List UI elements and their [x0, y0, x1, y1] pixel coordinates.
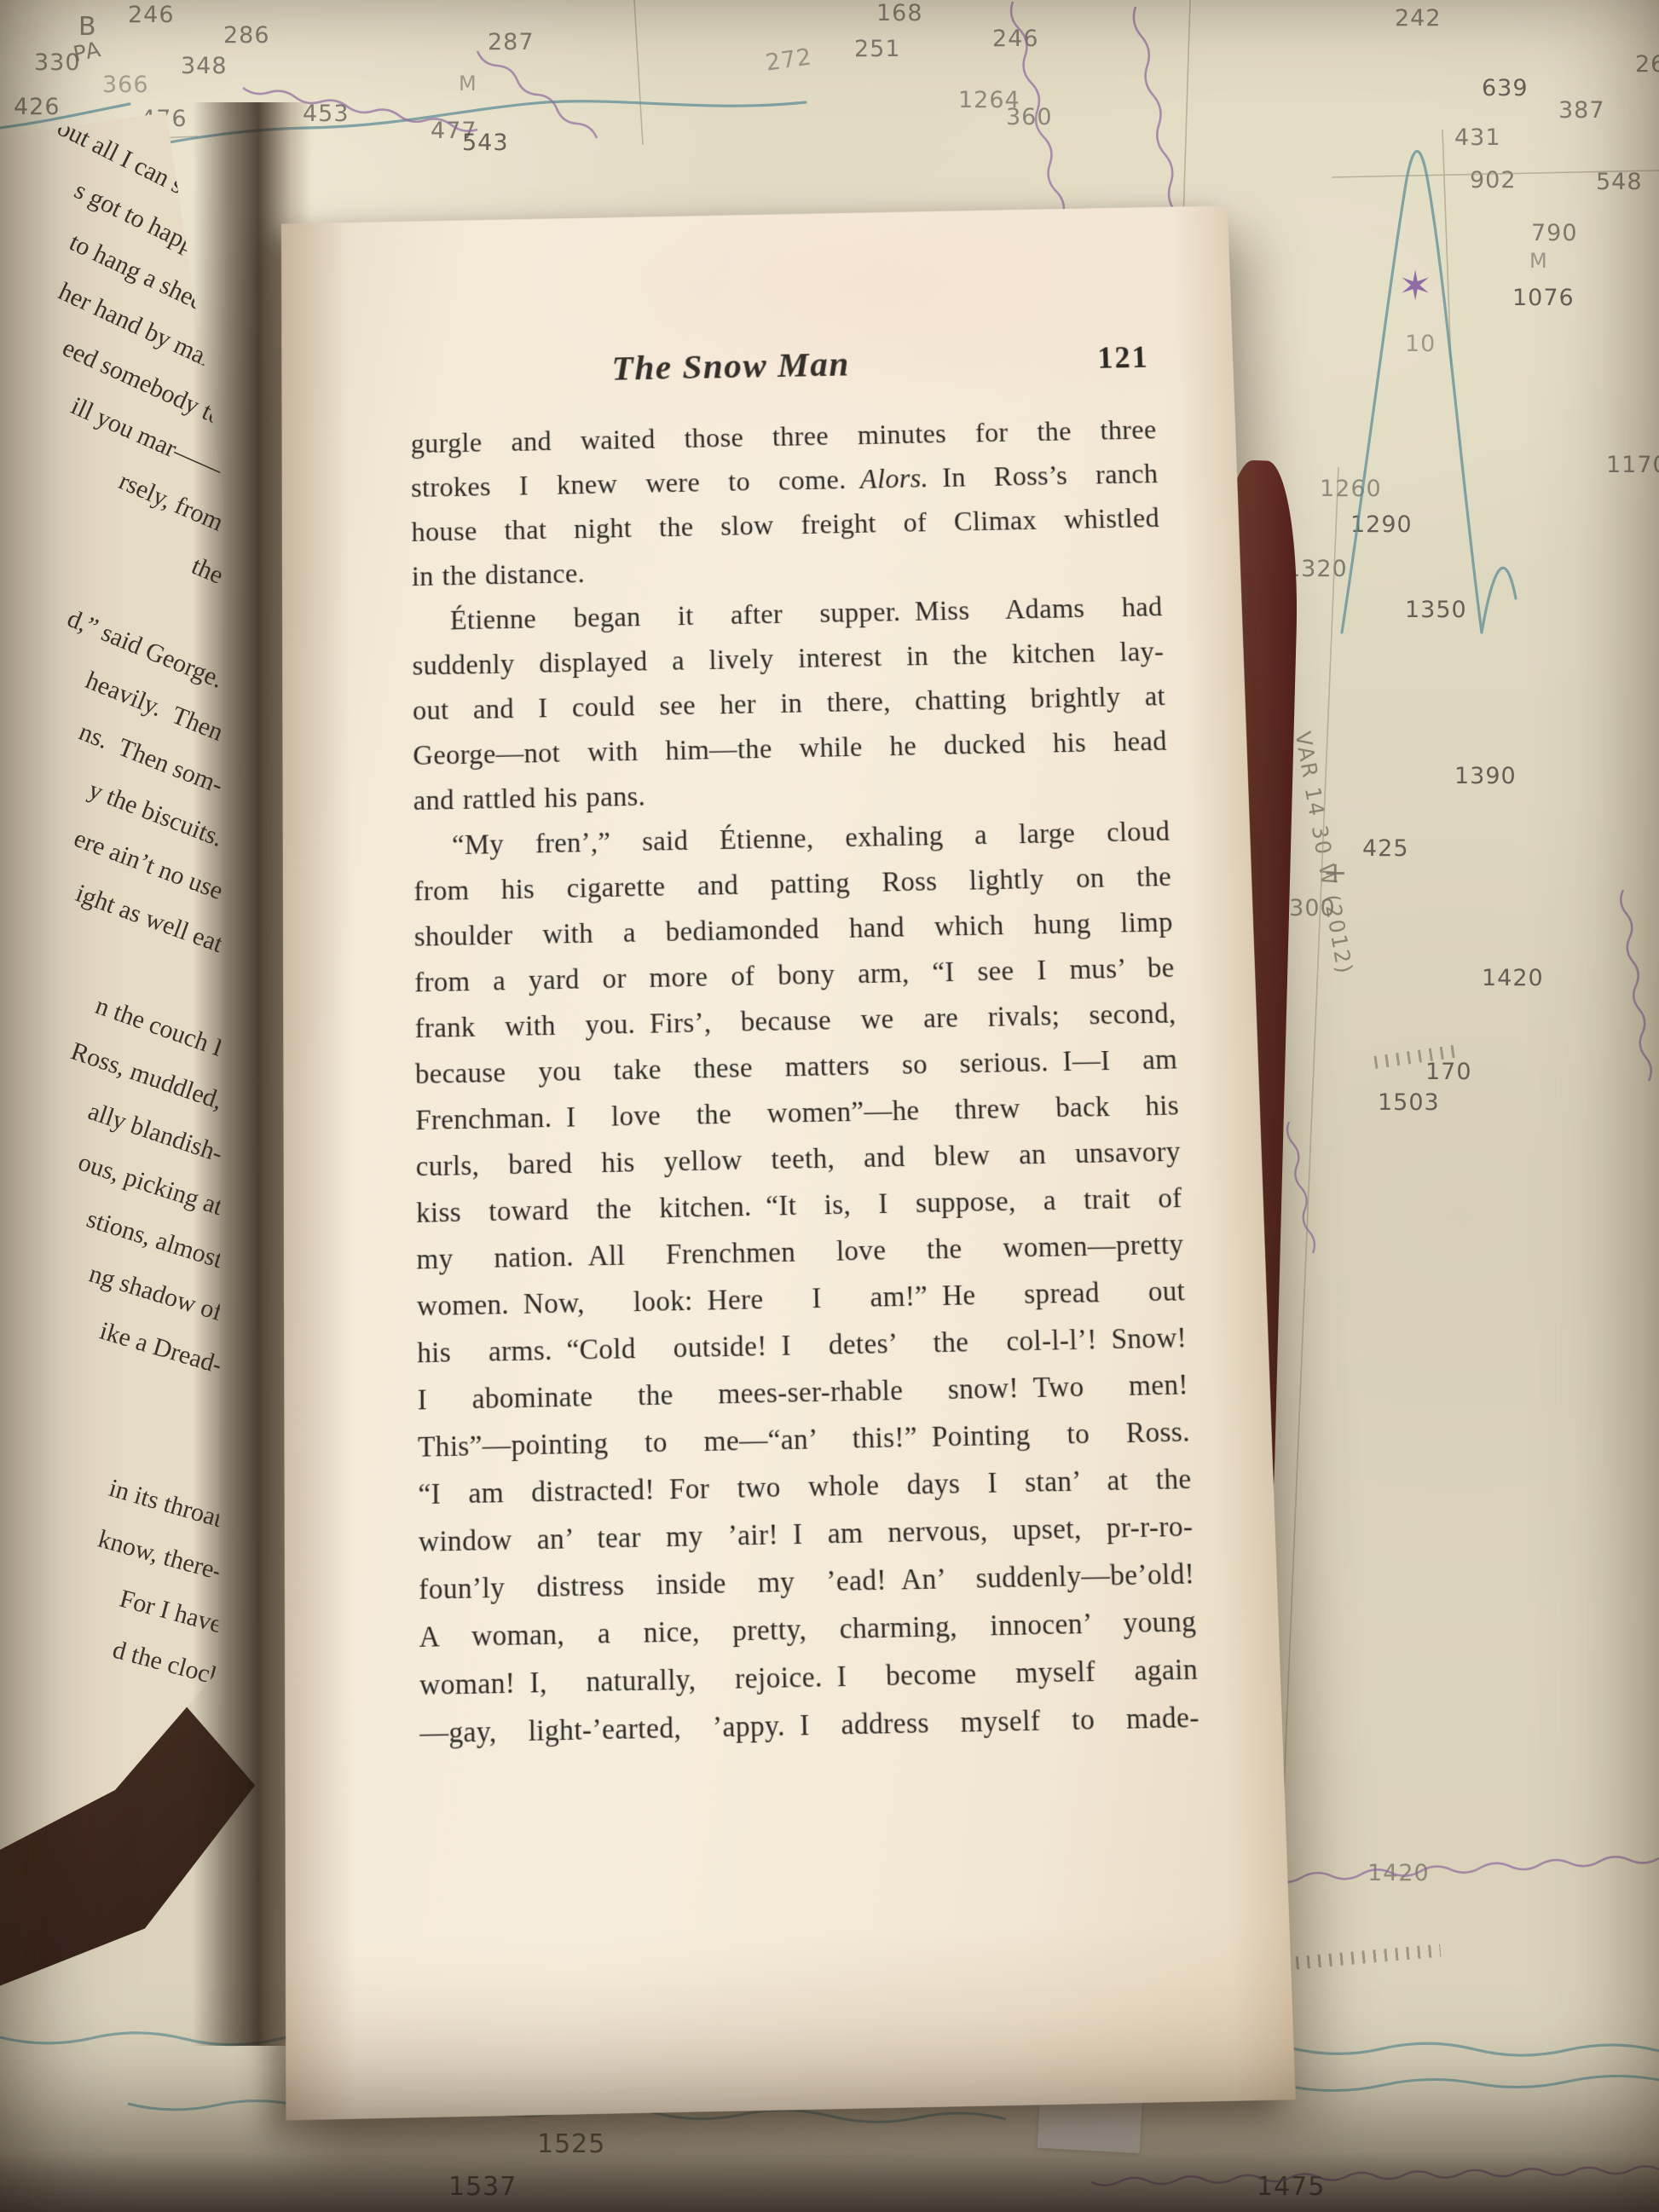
- text-run: George—not with him—the while he ducked …: [413, 725, 1167, 771]
- chapter-title: The Snow Man: [410, 339, 1052, 393]
- depth-label: 1420: [1482, 965, 1544, 991]
- text-run: foun’ly distress inside my ’ead! An’ sud…: [419, 1556, 1195, 1606]
- depth-label: 366: [102, 72, 149, 98]
- text-run: from a yard or more of bony arm, “I see …: [414, 950, 1175, 997]
- depth-label: 790: [1531, 220, 1578, 246]
- text-run: in the distance.: [412, 557, 586, 592]
- text-run: “My fren’,” said Étienne, exhaling a lar…: [452, 815, 1171, 861]
- left-page-line-group: in its throatknow, there-For I haved the…: [0, 1493, 222, 1705]
- depth-label: 1390: [1454, 763, 1517, 789]
- text-run: women. Now, look: Here I am!” He spread …: [417, 1273, 1186, 1322]
- depth-label: 10: [1405, 331, 1436, 357]
- text-run: gurgle and waited those three minutes fo…: [411, 413, 1157, 459]
- text-run: shoulder with a bediamonded hand which h…: [414, 905, 1174, 952]
- text-run: Frenchman. I love the women”—he threw ba…: [415, 1089, 1179, 1136]
- depth-label: 1290: [1350, 511, 1413, 538]
- depth-label: 168: [876, 0, 923, 26]
- depth-label: 246: [128, 2, 175, 28]
- text-run: kiss toward the kitchen. “It is, I suppo…: [416, 1181, 1182, 1228]
- depth-label: 1420: [1367, 1860, 1430, 1886]
- depth-label: 246: [992, 26, 1039, 52]
- body-text: gurgle and waited those three minutes fo…: [411, 407, 1200, 1757]
- photo-of-book-on-chart: BPA246286330348366426476287M453477543272…: [0, 0, 1659, 2212]
- text-run: and rattled his pans.: [413, 780, 646, 817]
- depth-label: 1537: [448, 2172, 517, 2202]
- depth-label: 387: [1558, 97, 1605, 124]
- page-header: The Snow Man 121: [410, 337, 1155, 399]
- text-run: I abominate the mees-ser-rhable snow! Tw…: [418, 1367, 1189, 1416]
- text-run: from his cigarette and patting Ross ligh…: [413, 860, 1171, 907]
- text-run: —gay, light-’earted, ’appy. I address my…: [419, 1700, 1199, 1749]
- left-page-text-fragments: ysout all I can stands got to happen.to …: [0, 49, 222, 1756]
- text-run: because you take these matters so seriou…: [415, 1042, 1178, 1090]
- depth-label: 287: [488, 29, 535, 55]
- text-run: In Ross’s ranch: [928, 458, 1158, 494]
- depth-label: 26: [1635, 51, 1659, 78]
- text-run: his arms. “Cold outside! I detes’ the co…: [417, 1320, 1187, 1369]
- depth-label: 360: [1006, 104, 1053, 130]
- depth-label: M: [1529, 249, 1548, 273]
- text-run: A woman, a nice, pretty, charming, innoc…: [419, 1604, 1196, 1654]
- italic-text-run: Alors.: [860, 462, 929, 494]
- depth-label: 426: [14, 94, 61, 120]
- text-run: window an’ tear my ’air! I am nervous, u…: [419, 1509, 1194, 1558]
- depth-label: M: [459, 72, 477, 95]
- text-run: out and I could see her in there, chatti…: [413, 679, 1166, 725]
- depth-label: 639: [1482, 75, 1529, 101]
- depth-label: 242: [1395, 5, 1442, 32]
- right-page: The Snow Man 121 gurgle and waited those…: [281, 205, 1296, 2120]
- depth-label: 1260: [1320, 476, 1382, 502]
- depth-label: 1503: [1378, 1089, 1440, 1116]
- left-page-line-group: n the couch IRoss, muddled,ally blandish…: [0, 1023, 222, 1393]
- depth-label: 1076: [1512, 285, 1575, 311]
- depth-label: 348: [181, 53, 228, 79]
- depth-label: 543: [462, 130, 509, 156]
- depth-label: 425: [1362, 835, 1409, 862]
- text-run: frank with you. Firs’, because we are ri…: [414, 996, 1176, 1044]
- depth-label: 1170: [1606, 452, 1659, 478]
- text-run: This”—pointing to me—“an’ this!” Pointin…: [418, 1414, 1190, 1463]
- text-run: strokes I knew were to come.: [411, 463, 860, 503]
- page-number: 121: [1097, 338, 1150, 375]
- star-icon: ✶: [1398, 263, 1432, 310]
- depth-label: 1525: [537, 2129, 605, 2159]
- text-run: woman! I, naturally, rejoice. I become m…: [419, 1652, 1199, 1701]
- left-page-line-group: d,” said George.heavily. Thenns. Then so…: [0, 655, 222, 972]
- text-run: “I am distracted! For two whole days I s…: [418, 1462, 1192, 1510]
- depth-label: 330: [34, 49, 81, 76]
- depth-label: 1350: [1405, 597, 1467, 623]
- text-run: house that night the slow freight of Cli…: [411, 501, 1159, 547]
- depth-label: 286: [223, 22, 270, 49]
- text-run: Étienne began it after supper. Miss Adam…: [450, 590, 1163, 635]
- depth-label: 251: [854, 36, 901, 62]
- depth-label: 1475: [1257, 2172, 1325, 2202]
- text-run: curls, bared his yellow teeth, and blew …: [416, 1135, 1182, 1182]
- depth-label: 431: [1454, 124, 1501, 151]
- depth-label: 548: [1596, 169, 1643, 195]
- text-run: my nation. All Frenchmen love the women—…: [416, 1227, 1184, 1275]
- depth-label: 902: [1470, 167, 1517, 193]
- depth-label: 170: [1425, 1059, 1472, 1085]
- text-run: suddenly displayed a lively interest in …: [412, 635, 1164, 681]
